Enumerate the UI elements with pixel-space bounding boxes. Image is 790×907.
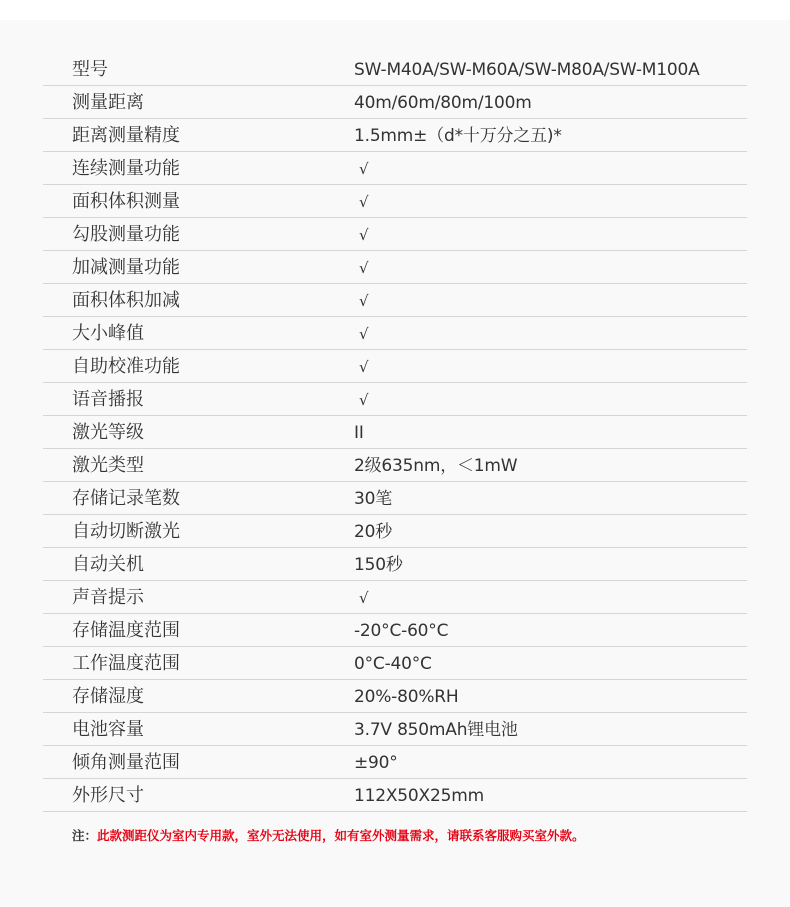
spec-row: 连续测量功能 √ [43, 152, 747, 185]
check-mark-icon: √ [359, 581, 368, 613]
spec-value: II [354, 416, 364, 448]
spec-row: 外形尺寸 112X50X25mm [43, 779, 747, 812]
spec-value: 2级635nm，＜1mW [354, 449, 517, 481]
spec-row: 自动切断激光 20秒 [43, 515, 747, 548]
spec-label: 大小峰值 [72, 317, 144, 349]
spec-label: 声音提示 [72, 581, 144, 613]
spec-value: 40m/60m/80m/100m [354, 86, 532, 118]
spec-row: 激光等级 II [43, 416, 747, 449]
spec-row: 存储记录笔数 30笔 [43, 482, 747, 515]
note-prefix: 注： [72, 828, 97, 843]
usage-note: 注：此款测距仪为室内专用款，室外无法使用，如有室外测量需求，请联系客服购买室外款… [72, 826, 585, 844]
check-mark-icon: √ [359, 251, 368, 283]
spec-label: 电池容量 [72, 713, 144, 745]
spec-value: 20秒 [354, 515, 392, 547]
spec-row: 语音播报 √ [43, 383, 747, 416]
spec-row: 大小峰值 √ [43, 317, 747, 350]
spec-label: 加减测量功能 [72, 251, 180, 283]
spec-row: 面积体积测量 √ [43, 185, 747, 218]
spec-value: 112X50X25mm [354, 779, 484, 811]
check-mark-icon: √ [359, 317, 368, 349]
check-mark-icon: √ [359, 152, 368, 184]
spec-label: 自助校准功能 [72, 350, 180, 382]
spec-table: 型号 SW-M40A/SW-M60A/SW-M80A/SW-M100A 测量距离… [43, 53, 747, 812]
spec-row: 存储湿度 20%-80%RH [43, 680, 747, 713]
spec-row: 存储温度范围 -20°C-60°C [43, 614, 747, 647]
spec-label: 勾股测量功能 [72, 218, 180, 250]
check-mark-icon: √ [359, 350, 368, 382]
check-mark-icon: √ [359, 284, 368, 316]
spec-label: 倾角测量范围 [72, 746, 180, 778]
spec-label: 面积体积加减 [72, 284, 180, 316]
spec-row: 声音提示 √ [43, 581, 747, 614]
spec-label: 语音播报 [72, 383, 144, 415]
spec-label: 存储记录笔数 [72, 482, 180, 514]
spec-row: 自助校准功能 √ [43, 350, 747, 383]
spec-value: SW-M40A/SW-M60A/SW-M80A/SW-M100A [354, 53, 700, 85]
spec-row: 型号 SW-M40A/SW-M60A/SW-M80A/SW-M100A [43, 53, 747, 86]
spec-label: 激光类型 [72, 449, 144, 481]
check-mark-icon: √ [359, 218, 368, 250]
spec-value: 30笔 [354, 482, 392, 514]
spec-label: 工作温度范围 [72, 647, 180, 679]
spec-row: 激光类型 2级635nm，＜1mW [43, 449, 747, 482]
spec-row: 自动关机 150秒 [43, 548, 747, 581]
spec-label: 存储湿度 [72, 680, 144, 712]
spec-label: 自动切断激光 [72, 515, 180, 547]
check-mark-icon: √ [359, 185, 368, 217]
spec-row: 勾股测量功能 √ [43, 218, 747, 251]
spec-row: 测量距离 40m/60m/80m/100m [43, 86, 747, 119]
spec-value: 1.5mm±（d*十万分之五)* [354, 119, 562, 151]
spec-value: 20%-80%RH [354, 680, 459, 712]
spec-label: 测量距离 [72, 86, 144, 118]
spec-row: 倾角测量范围 ±90° [43, 746, 747, 779]
spec-value: ±90° [354, 746, 398, 778]
spec-label: 外形尺寸 [72, 779, 144, 811]
spec-label: 自动关机 [72, 548, 144, 580]
spec-label: 连续测量功能 [72, 152, 180, 184]
spec-row: 距离测量精度 1.5mm±（d*十万分之五)* [43, 119, 747, 152]
spec-label: 激光等级 [72, 416, 144, 448]
spec-value: -20°C-60°C [354, 614, 448, 646]
spec-row: 面积体积加减 √ [43, 284, 747, 317]
spec-value: 0°C-40°C [354, 647, 432, 679]
check-mark-icon: √ [359, 383, 368, 415]
spec-value: 150秒 [354, 548, 403, 580]
spec-row: 工作温度范围 0°C-40°C [43, 647, 747, 680]
spec-value: 3.7V 850mAh锂电池 [354, 713, 518, 745]
spec-page: 型号 SW-M40A/SW-M60A/SW-M80A/SW-M100A 测量距离… [0, 20, 790, 907]
spec-row: 加减测量功能 √ [43, 251, 747, 284]
spec-row: 电池容量 3.7V 850mAh锂电池 [43, 713, 747, 746]
spec-label: 面积体积测量 [72, 185, 180, 217]
spec-label: 距离测量精度 [72, 119, 180, 151]
spec-label: 存储温度范围 [72, 614, 180, 646]
spec-label: 型号 [72, 53, 108, 85]
note-text: 此款测距仪为室内专用款，室外无法使用，如有室外测量需求，请联系客服购买室外款。 [97, 828, 585, 843]
